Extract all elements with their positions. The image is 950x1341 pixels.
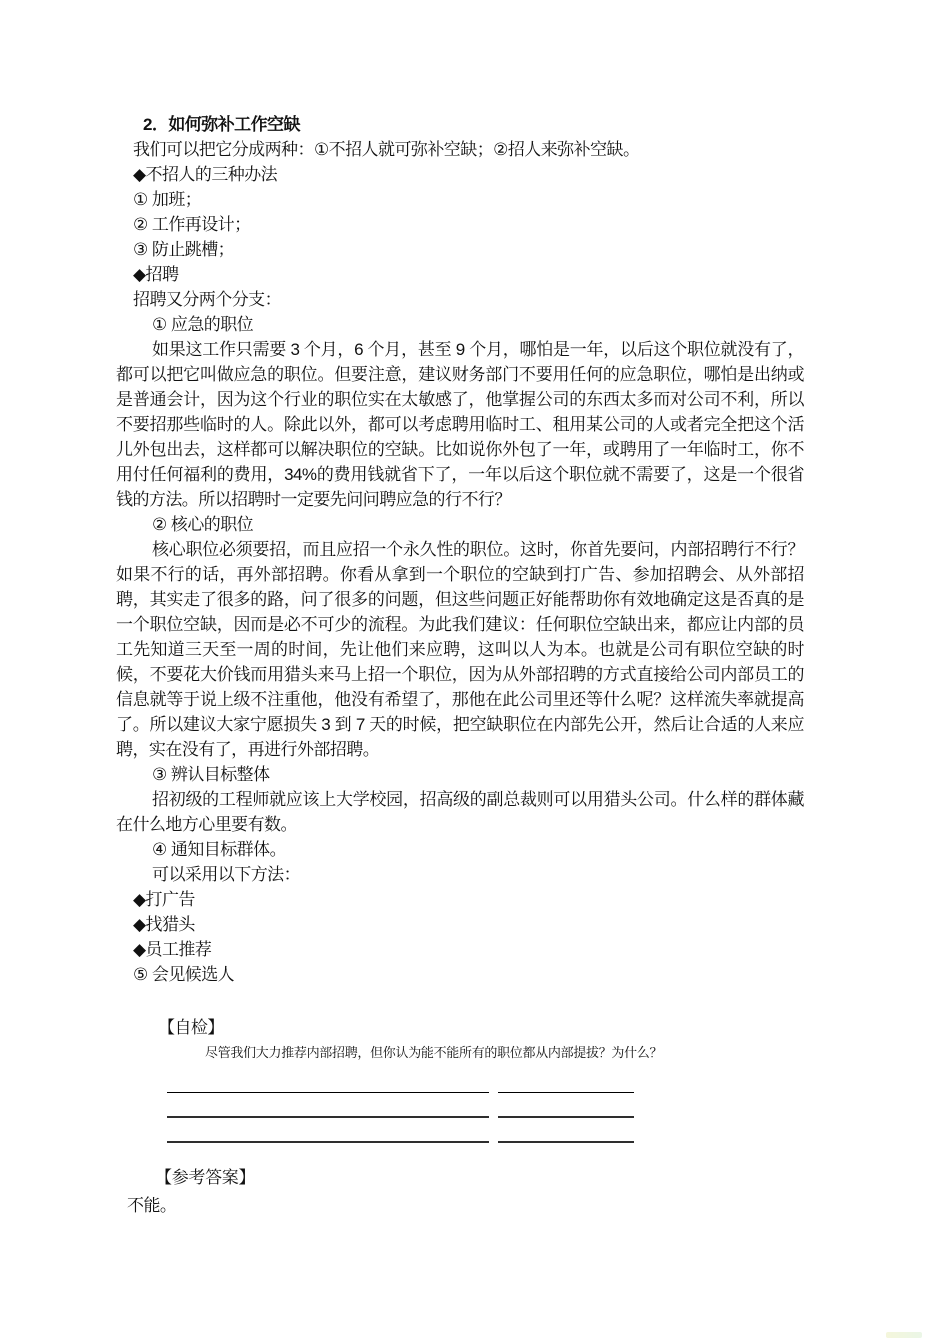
- answer-lines: [167, 1068, 804, 1143]
- doc-paragraph: 核心职位必须要招，而且应招一个永久性的职位。这时，你首先要问，内部招聘行不行？如…: [116, 537, 804, 762]
- answer-line-long: [167, 1068, 489, 1093]
- document-content: 2．如何弥补工作空缺 我们可以把它分成两种：①不招人就可弥补空缺；②招人来弥补空…: [116, 112, 804, 1218]
- doc-paragraph: 如果这工作只需要 3 个月，6 个月，甚至 9 个月，哪怕是一年，以后这个职位就…: [116, 337, 804, 512]
- answer-line-short: [498, 1118, 634, 1143]
- answer-line-long: [167, 1118, 489, 1143]
- doc-paragraph: 可以采用以下方法：: [116, 862, 804, 887]
- doc-paragraph: 招聘又分两个分支：: [116, 287, 804, 312]
- answer-line-short: [498, 1093, 634, 1118]
- reference-answer-label: 【参考答案】: [155, 1165, 804, 1190]
- doc-paragraph: ② 工作再设计；: [116, 212, 804, 237]
- doc-paragraph: ◆找猎头: [116, 912, 804, 937]
- doc-paragraph: 我们可以把它分成两种：①不招人就可弥补空缺；②招人来弥补空缺。: [116, 137, 804, 162]
- doc-paragraph: ① 应急的职位: [116, 312, 804, 337]
- doc-paragraph: ◆不招人的三种办法: [116, 162, 804, 187]
- doc-paragraph: ③ 辨认目标整体: [116, 762, 804, 787]
- doc-paragraph: ① 加班；: [116, 187, 804, 212]
- reference-answer-section: 【参考答案】 不能。: [116, 1165, 804, 1218]
- self-check-section: 【自检】 尽管我们大力推荐内部招聘，但你认为能不能所有的职位都从内部提拔？为什么…: [116, 1015, 804, 1143]
- self-check-question: 尽管我们大力推荐内部招聘，但你认为能不能所有的职位都从内部提拔？为什么？: [205, 1042, 804, 1064]
- doc-paragraph: ③ 防止跳槽；: [116, 237, 804, 262]
- answer-line-row: [167, 1118, 641, 1143]
- answer-line-long: [167, 1093, 489, 1118]
- doc-paragraph: ◆招聘: [116, 262, 804, 287]
- answer-line-row: [167, 1068, 641, 1093]
- watermark: [886, 1332, 922, 1338]
- doc-paragraph: ④ 通知目标群体。: [116, 837, 804, 862]
- doc-paragraph: ⑤ 会见候选人: [116, 962, 804, 987]
- section-heading: 2．如何弥补工作空缺: [116, 112, 804, 137]
- answer-line-short: [498, 1068, 634, 1093]
- doc-paragraph: ② 核心的职位: [116, 512, 804, 537]
- answer-line-row: [167, 1093, 641, 1118]
- reference-answer-text: 不能。: [127, 1193, 804, 1218]
- self-check-label: 【自检】: [158, 1015, 804, 1040]
- doc-paragraph: 招初级的工程师就应该上大学校园，招高级的副总裁则可以用猎头公司。什么样的群体藏在…: [116, 787, 804, 837]
- doc-paragraph: ◆打广告: [116, 887, 804, 912]
- document-page: 2．如何弥补工作空缺 我们可以把它分成两种：①不招人就可弥补空缺；②招人来弥补空…: [0, 0, 950, 1341]
- doc-paragraph: ◆员工推荐: [116, 937, 804, 962]
